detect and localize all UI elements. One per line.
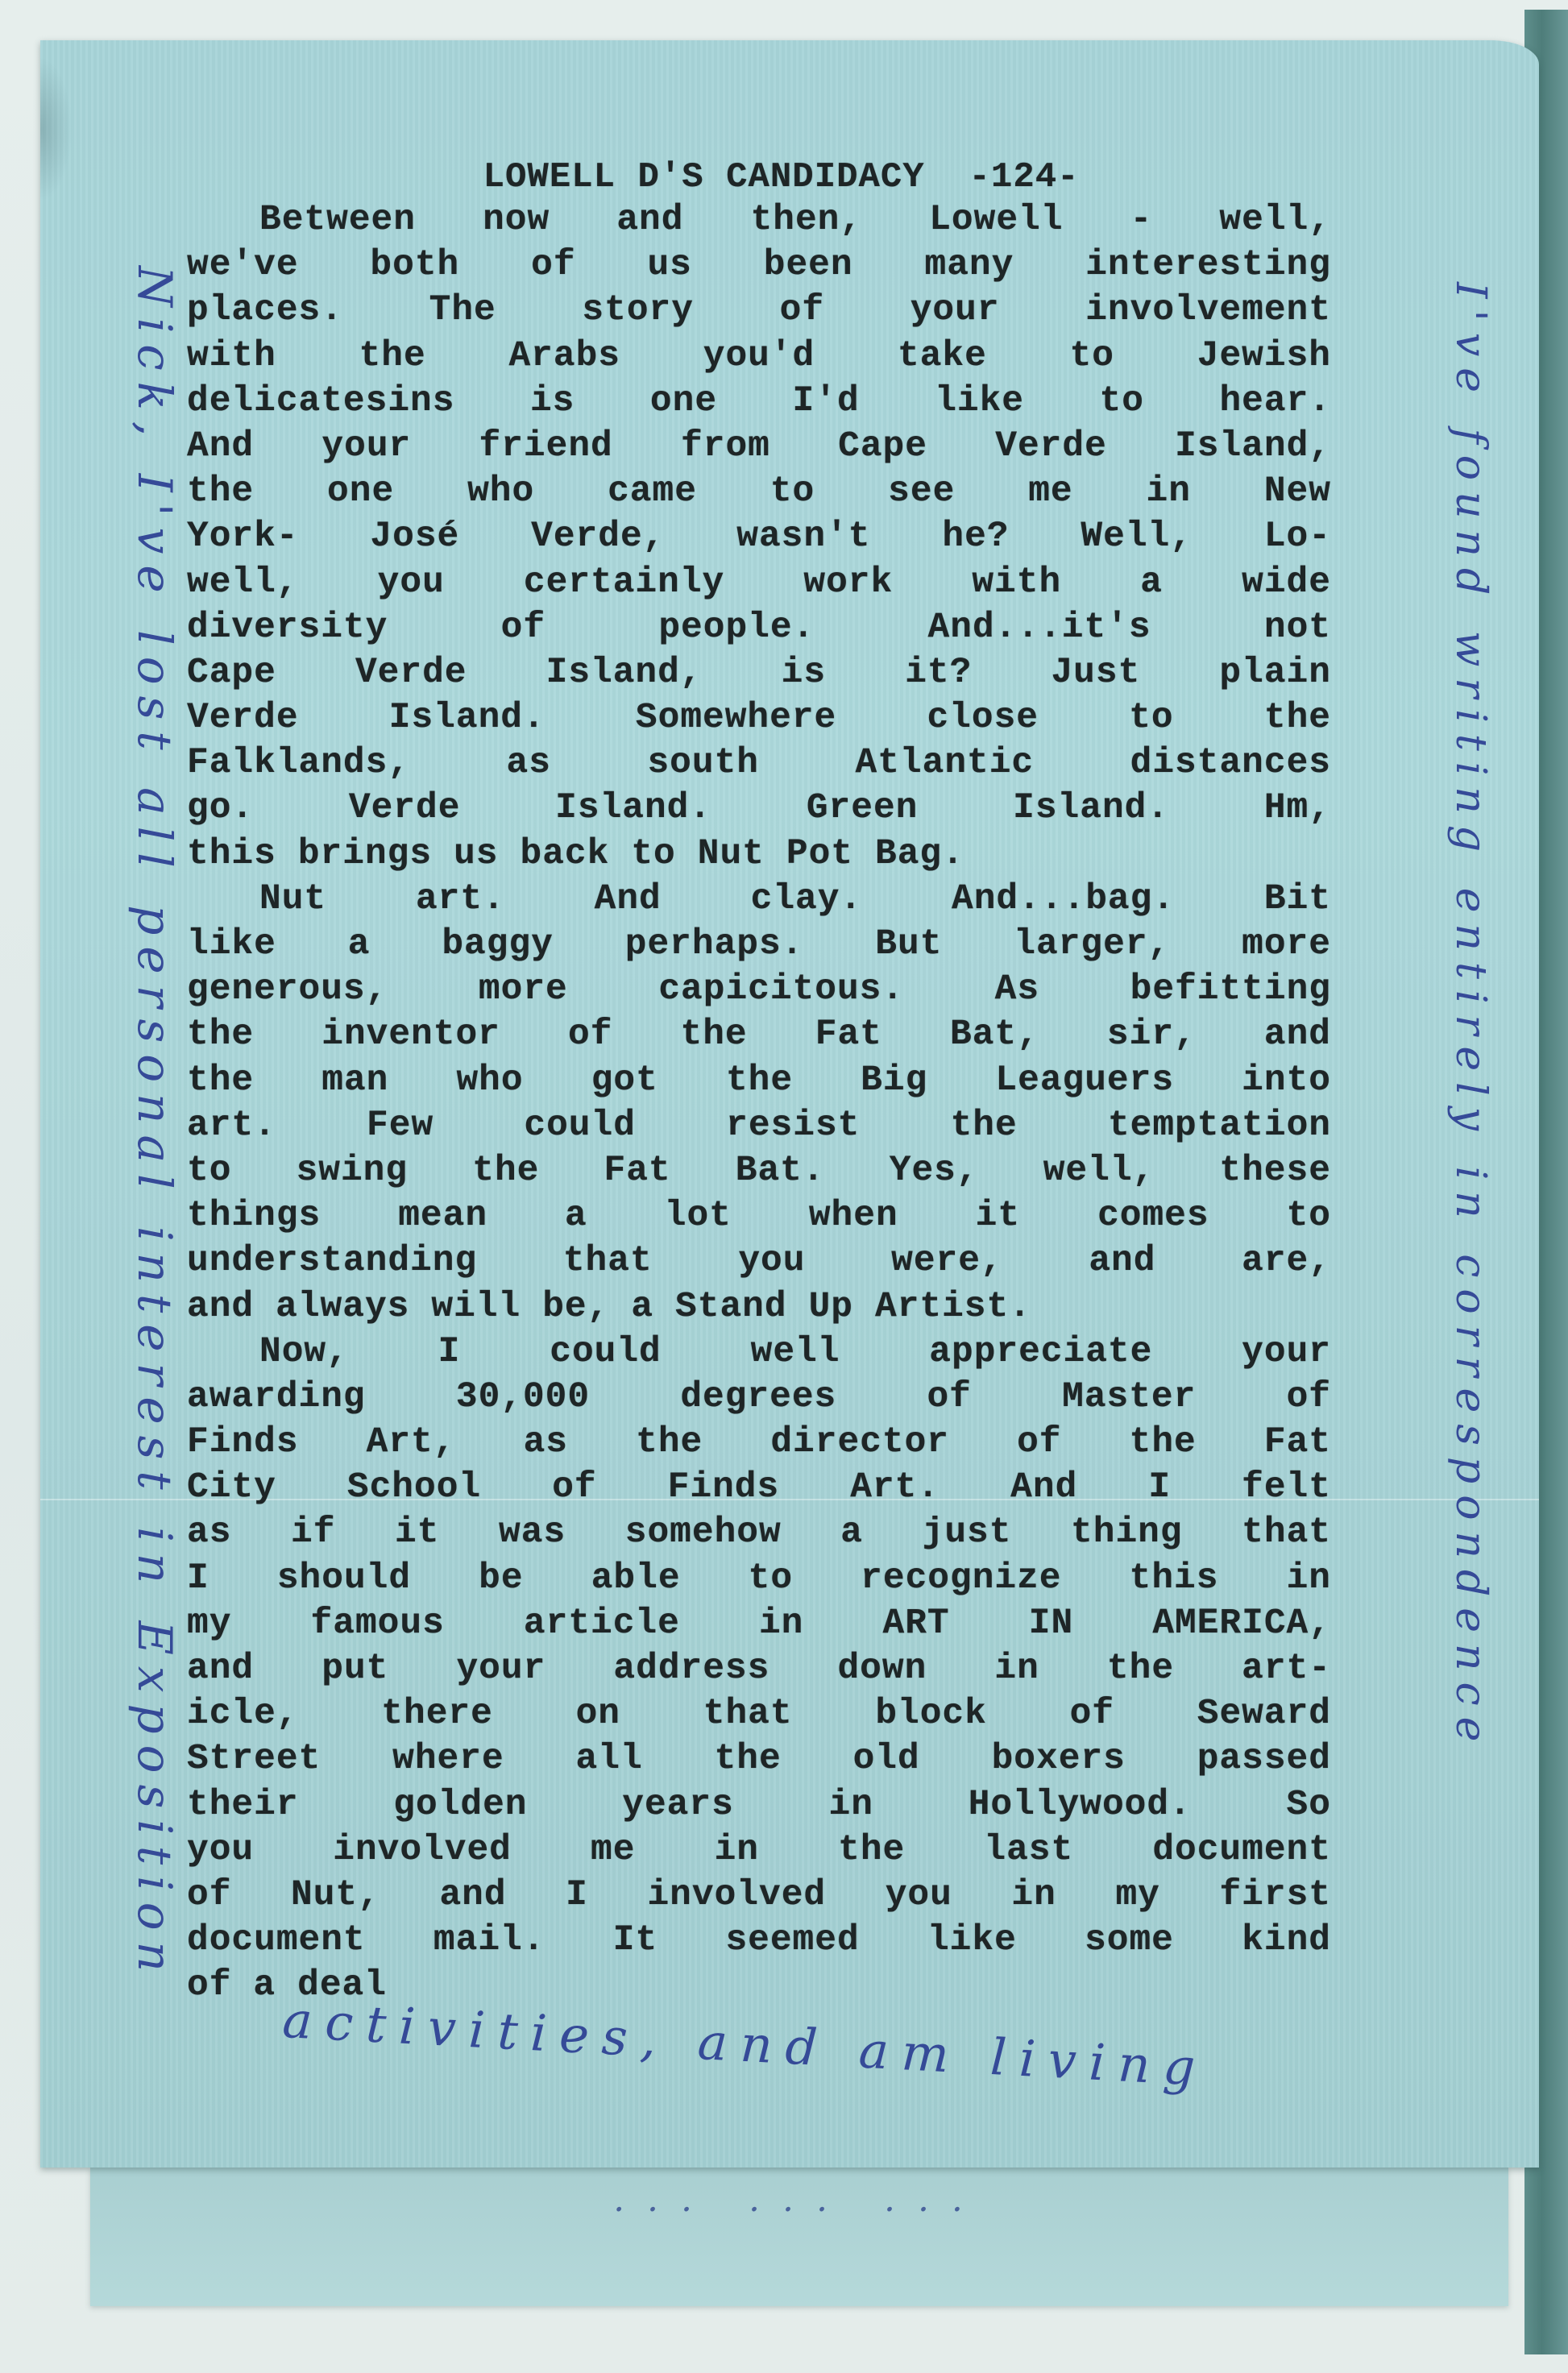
word: involved bbox=[647, 1873, 826, 1918]
word: when bbox=[809, 1193, 898, 1238]
word: man bbox=[321, 1058, 388, 1103]
word: of bbox=[927, 1375, 971, 1420]
word: felt bbox=[1242, 1465, 1331, 1510]
text-line: CapeVerdeIsland,isit?Justplain bbox=[187, 650, 1331, 695]
word: a bbox=[840, 1510, 863, 1555]
word: Lowell bbox=[929, 197, 1063, 243]
text-line: awarding30,000degreesofMasterof bbox=[187, 1375, 1331, 1420]
word: interesting bbox=[1085, 243, 1331, 288]
typed-body: Betweennowandthen,Lowell-well,we'vebotho… bbox=[187, 197, 1331, 2009]
word: baggy bbox=[442, 922, 554, 967]
word: not bbox=[1264, 605, 1331, 650]
word: thing bbox=[1071, 1510, 1183, 1555]
word: Island, bbox=[546, 650, 703, 695]
word: City bbox=[187, 1465, 276, 1510]
word: Artist. bbox=[875, 1284, 1031, 1330]
word: wide bbox=[1242, 560, 1331, 605]
text-line: go.VerdeIsland.GreenIsland.Hm, bbox=[187, 786, 1331, 831]
word: I bbox=[1148, 1465, 1171, 1510]
word: of bbox=[780, 288, 824, 333]
word: the bbox=[1107, 1646, 1174, 1691]
word: And...bag. bbox=[952, 877, 1175, 922]
text-line: Streetwherealltheoldboxerspassed bbox=[187, 1736, 1331, 1782]
word: Bag. bbox=[875, 832, 964, 877]
word: will bbox=[431, 1284, 521, 1330]
word: got bbox=[591, 1058, 658, 1103]
word: kind bbox=[1242, 1918, 1331, 1963]
word: a bbox=[348, 922, 371, 967]
word: both bbox=[370, 243, 459, 288]
word: to bbox=[770, 469, 815, 514]
word: it? bbox=[905, 650, 972, 695]
word: Hollywood. bbox=[969, 1782, 1192, 1827]
word: Fat bbox=[604, 1148, 671, 1193]
word: me bbox=[1028, 469, 1072, 514]
word: are, bbox=[1242, 1238, 1331, 1284]
word: a bbox=[253, 1963, 276, 2008]
text-line: we'vebothofusbeenmanyinteresting bbox=[187, 243, 1331, 288]
word: Art. bbox=[850, 1465, 940, 1510]
word: as bbox=[507, 741, 551, 786]
word: you bbox=[738, 1238, 805, 1284]
word: Yes, bbox=[890, 1148, 979, 1193]
word: you bbox=[187, 1827, 254, 1873]
word: seemed bbox=[725, 1918, 859, 1963]
word: and bbox=[616, 197, 683, 243]
word: Between bbox=[259, 197, 416, 243]
word: years bbox=[622, 1782, 734, 1827]
word: brings bbox=[298, 832, 432, 877]
text-line: Betweennowandthen,Lowell-well, bbox=[187, 197, 1331, 243]
word: Somewhere bbox=[636, 695, 836, 741]
word: And bbox=[1010, 1465, 1077, 1510]
word: in bbox=[759, 1601, 803, 1646]
word: of bbox=[568, 1012, 612, 1057]
word: from bbox=[681, 424, 770, 469]
text-line: withtheArabsyou'dtaketoJewish bbox=[187, 334, 1331, 379]
word: back bbox=[520, 832, 609, 877]
word: somehow bbox=[625, 1510, 782, 1555]
word: in bbox=[715, 1827, 759, 1873]
word: to bbox=[749, 1556, 793, 1601]
word: comes bbox=[1097, 1193, 1209, 1238]
word: York- bbox=[187, 514, 299, 559]
text-line: CitySchoolofFindsArt.AndIfelt bbox=[187, 1465, 1331, 1510]
word: document bbox=[1152, 1827, 1331, 1873]
word: Master bbox=[1062, 1375, 1196, 1420]
word: New bbox=[1264, 469, 1331, 514]
word: now bbox=[483, 197, 550, 243]
text-line: youinvolvedmeinthelastdocument bbox=[187, 1827, 1331, 1873]
word: Verde bbox=[349, 786, 461, 831]
word: me bbox=[591, 1827, 635, 1873]
text-line: documentmail.Itseemedlikesomekind bbox=[187, 1918, 1331, 1963]
text-line: thisbringsusbacktoNutPotBag. bbox=[187, 832, 1331, 877]
word: wasn't bbox=[736, 514, 870, 559]
word: understanding bbox=[187, 1238, 477, 1284]
word: people. bbox=[658, 605, 815, 650]
word: you bbox=[886, 1873, 952, 1918]
word: first bbox=[1219, 1873, 1331, 1918]
word: Fat bbox=[1264, 1420, 1331, 1465]
word: Island, bbox=[1175, 424, 1331, 469]
word: of bbox=[501, 605, 545, 650]
word: I bbox=[187, 1556, 209, 1601]
word: the bbox=[1130, 1420, 1197, 1465]
word: came bbox=[608, 469, 697, 514]
word: there bbox=[381, 1691, 493, 1736]
word: Fat bbox=[815, 1012, 882, 1057]
word: ART bbox=[883, 1601, 950, 1646]
word: that bbox=[1242, 1510, 1331, 1555]
document-page: LOWELL D'S CANDIDACY -124- Betweennowand… bbox=[40, 40, 1539, 2168]
word: the bbox=[187, 1058, 254, 1103]
word: if bbox=[291, 1510, 335, 1555]
word: mean bbox=[398, 1193, 487, 1238]
word: famous bbox=[311, 1601, 445, 1646]
word: where bbox=[392, 1736, 504, 1782]
word: just bbox=[923, 1510, 1012, 1555]
word: mail. bbox=[433, 1918, 545, 1963]
word: to bbox=[1100, 379, 1144, 424]
word: Island. bbox=[1013, 786, 1169, 831]
word: diversity bbox=[187, 605, 388, 650]
word: director bbox=[770, 1420, 949, 1465]
text-line: AndyourfriendfromCapeVerdeIsland, bbox=[187, 424, 1331, 469]
word: But bbox=[875, 922, 942, 967]
text-line: likeabaggyperhaps.Butlarger,more bbox=[187, 922, 1331, 967]
word: Cape bbox=[187, 650, 276, 695]
word: down bbox=[837, 1646, 927, 1691]
word: block bbox=[875, 1691, 987, 1736]
word: well, bbox=[187, 560, 299, 605]
word: I'd bbox=[793, 379, 860, 424]
word: Verde bbox=[187, 695, 299, 741]
text-line: Now,Icouldwellappreciateyour bbox=[187, 1330, 1331, 1375]
word: he? bbox=[942, 514, 1009, 559]
word: art. bbox=[187, 1103, 276, 1148]
word: it bbox=[976, 1193, 1020, 1238]
word: of bbox=[552, 1465, 596, 1510]
word: south bbox=[647, 741, 759, 786]
word: delicatesins bbox=[187, 379, 454, 424]
word: Finds bbox=[668, 1465, 780, 1510]
word: of bbox=[1017, 1420, 1061, 1465]
word: Just bbox=[1051, 650, 1140, 695]
word: could bbox=[524, 1103, 636, 1148]
word: these bbox=[1219, 1148, 1331, 1193]
word: to bbox=[1129, 695, 1173, 741]
word: a bbox=[565, 1193, 587, 1238]
word: more bbox=[479, 967, 568, 1012]
underlying-sheet: ... ... ... bbox=[90, 2168, 1508, 2306]
word: Verde bbox=[355, 650, 467, 695]
word: to bbox=[1070, 334, 1114, 379]
word: your bbox=[456, 1646, 545, 1691]
word: Well, bbox=[1081, 514, 1193, 559]
word: Jewish bbox=[1197, 334, 1331, 379]
word: well bbox=[751, 1330, 840, 1375]
word: the bbox=[681, 1012, 748, 1057]
word: Verde, bbox=[531, 514, 665, 559]
word: to bbox=[187, 1148, 231, 1193]
word: on bbox=[576, 1691, 620, 1736]
word: awarding bbox=[187, 1375, 366, 1420]
word: story bbox=[582, 288, 694, 333]
word: to bbox=[631, 832, 675, 877]
word: who bbox=[467, 469, 534, 514]
word: their bbox=[187, 1782, 299, 1827]
word: us bbox=[454, 832, 498, 877]
text-line: Ishouldbeabletorecognizethisin bbox=[187, 1556, 1331, 1601]
text-line: FindsArt,asthedirectoroftheFat bbox=[187, 1420, 1331, 1465]
word: Bat, bbox=[950, 1012, 1039, 1057]
word: Atlantic bbox=[856, 741, 1035, 786]
word: It bbox=[613, 1918, 657, 1963]
word: like bbox=[935, 379, 1024, 424]
word: well, bbox=[1043, 1148, 1155, 1193]
word: IN bbox=[1029, 1601, 1073, 1646]
word: and bbox=[439, 1873, 506, 1918]
word: the bbox=[472, 1148, 539, 1193]
word: a bbox=[631, 1284, 653, 1330]
word: Lo- bbox=[1264, 514, 1331, 559]
text-line: myfamousarticleinARTINAMERICA, bbox=[187, 1601, 1331, 1646]
text-line: delicatesinsisoneI'dliketohear. bbox=[187, 379, 1331, 424]
word: be bbox=[479, 1556, 523, 1601]
word: you bbox=[378, 560, 445, 605]
word: a bbox=[1140, 560, 1163, 605]
word: As bbox=[995, 967, 1039, 1012]
word: resist bbox=[726, 1103, 860, 1148]
word: my bbox=[187, 1601, 231, 1646]
word: some bbox=[1085, 1918, 1174, 1963]
word: like bbox=[187, 922, 276, 967]
word: boxers bbox=[992, 1736, 1126, 1782]
text-line: icle,thereonthatblockofSeward bbox=[187, 1691, 1331, 1736]
word: Finds bbox=[187, 1420, 299, 1465]
word: places. bbox=[187, 288, 343, 333]
word: and bbox=[1089, 1238, 1155, 1284]
word: certainly bbox=[524, 560, 724, 605]
word: all bbox=[576, 1736, 643, 1782]
word: larger, bbox=[1014, 922, 1170, 967]
text-line: Falklands,assouthAtlanticdistances bbox=[187, 741, 1331, 786]
word: Nut bbox=[259, 877, 326, 922]
word: the bbox=[951, 1103, 1018, 1148]
word: the bbox=[187, 469, 254, 514]
word: recognize bbox=[861, 1556, 1061, 1601]
word: swing bbox=[297, 1148, 409, 1193]
word: Big bbox=[861, 1058, 927, 1103]
word: AMERICA, bbox=[1152, 1601, 1331, 1646]
word: plain bbox=[1219, 650, 1331, 695]
word: your bbox=[911, 288, 1000, 333]
word: Island. bbox=[555, 786, 711, 831]
word: sir, bbox=[1107, 1012, 1197, 1057]
word: Stand bbox=[675, 1284, 787, 1330]
handwritten-note-left-margin: Nick, I've lost all personal interest in… bbox=[127, 266, 182, 2159]
text-line: well,youcertainlyworkwithawide bbox=[187, 560, 1331, 605]
word: Nut bbox=[698, 832, 765, 877]
word: well, bbox=[1219, 197, 1331, 243]
word: document bbox=[187, 1918, 366, 1963]
word: as bbox=[187, 1510, 231, 1555]
text-line: generous,morecapicitous.Asbefitting bbox=[187, 967, 1331, 1012]
word: go. bbox=[187, 786, 254, 831]
word: is bbox=[530, 379, 575, 424]
word: that bbox=[563, 1238, 653, 1284]
word: this bbox=[187, 832, 276, 877]
word: like bbox=[927, 1918, 1017, 1963]
word: could bbox=[550, 1330, 662, 1375]
word: Art, bbox=[367, 1420, 456, 1465]
word: art- bbox=[1242, 1646, 1331, 1691]
word: to bbox=[1287, 1193, 1331, 1238]
word: is bbox=[782, 650, 826, 695]
word: and bbox=[1264, 1012, 1331, 1057]
word: Verde bbox=[995, 424, 1107, 469]
word: article bbox=[524, 1601, 680, 1646]
word: of bbox=[187, 1873, 231, 1918]
word: always bbox=[276, 1284, 409, 1330]
word: in bbox=[1011, 1873, 1056, 1918]
word: - bbox=[1130, 197, 1153, 243]
word: into bbox=[1242, 1058, 1331, 1103]
text-line: Nutart.Andclay.And...bag.Bit bbox=[187, 877, 1331, 922]
word: Street bbox=[187, 1736, 321, 1782]
word: able bbox=[591, 1556, 681, 1601]
word: many bbox=[924, 243, 1014, 288]
word: was bbox=[499, 1510, 566, 1555]
word: golden bbox=[393, 1782, 527, 1827]
word: appreciate bbox=[929, 1330, 1152, 1375]
word: should bbox=[277, 1556, 411, 1601]
word: I bbox=[438, 1330, 461, 1375]
word: my bbox=[1115, 1873, 1159, 1918]
word: degrees bbox=[680, 1375, 836, 1420]
word: Cape bbox=[838, 424, 927, 469]
word: I bbox=[566, 1873, 588, 1918]
word: lot bbox=[665, 1193, 732, 1238]
word: inventor bbox=[321, 1012, 500, 1057]
text-line: art.Fewcouldresistthetemptation bbox=[187, 1103, 1331, 1148]
word: Pot bbox=[786, 832, 853, 877]
word: Seward bbox=[1197, 1691, 1331, 1736]
word: in bbox=[1147, 469, 1191, 514]
word: art. bbox=[416, 877, 505, 922]
text-line: theirgoldenyearsinHollywood.So bbox=[187, 1782, 1331, 1827]
word: José bbox=[370, 514, 459, 559]
word: things bbox=[187, 1193, 321, 1238]
word: And...it's bbox=[928, 605, 1151, 650]
word: be, bbox=[542, 1284, 609, 1330]
word: the bbox=[1264, 695, 1331, 741]
text-line: andputyouraddressdownintheart- bbox=[187, 1646, 1331, 1691]
word: your bbox=[1242, 1330, 1331, 1375]
word: the bbox=[359, 334, 426, 379]
text-line: understandingthatyouwere,andare, bbox=[187, 1238, 1331, 1284]
word: the bbox=[187, 1012, 254, 1057]
word: in bbox=[1287, 1556, 1331, 1601]
text-line: theinventoroftheFatBat,sir,and bbox=[187, 1012, 1331, 1057]
word: the bbox=[636, 1420, 703, 1465]
word: And bbox=[595, 877, 662, 922]
word: Bat. bbox=[736, 1148, 825, 1193]
word: one bbox=[327, 469, 394, 514]
word: us bbox=[647, 243, 691, 288]
word: The bbox=[429, 288, 496, 333]
word: you'd bbox=[703, 334, 815, 379]
word: were, bbox=[891, 1238, 1003, 1284]
word: this bbox=[1130, 1556, 1219, 1601]
page-number: -124- bbox=[969, 157, 1080, 197]
word: that bbox=[703, 1691, 793, 1736]
word: then, bbox=[751, 197, 863, 243]
word: friend bbox=[479, 424, 613, 469]
word: and bbox=[187, 1284, 254, 1330]
word: the bbox=[715, 1736, 782, 1782]
text-line: themanwhogottheBigLeaguersinto bbox=[187, 1058, 1331, 1103]
text-line: toswingtheFatBat.Yes,well,these bbox=[187, 1148, 1331, 1193]
word: Few bbox=[367, 1103, 433, 1148]
word: So bbox=[1287, 1782, 1331, 1827]
word: Island. bbox=[389, 695, 545, 741]
text-line: places.Thestoryofyourinvolvement bbox=[187, 288, 1331, 333]
word: generous, bbox=[187, 967, 388, 1012]
word: take bbox=[898, 334, 987, 379]
word: of bbox=[1287, 1375, 1331, 1420]
word: temptation bbox=[1108, 1103, 1331, 1148]
word: your bbox=[321, 424, 411, 469]
word: put bbox=[321, 1646, 388, 1691]
word: involvement bbox=[1085, 288, 1331, 333]
word: last bbox=[984, 1827, 1073, 1873]
word: Leaguers bbox=[995, 1058, 1174, 1103]
word: one bbox=[650, 379, 717, 424]
word: and bbox=[187, 1646, 254, 1691]
page-title: LOWELL D'S CANDIDACY bbox=[483, 157, 925, 197]
word: icle, bbox=[187, 1691, 299, 1736]
word: we've bbox=[187, 243, 299, 288]
text-line: andalwayswillbe,aStandUpArtist. bbox=[187, 1284, 1331, 1330]
underlying-handwriting: ... ... ... bbox=[90, 2179, 1508, 2220]
word: School bbox=[347, 1465, 481, 1510]
word: more bbox=[1242, 922, 1331, 967]
word: of bbox=[1070, 1691, 1114, 1736]
word: perhaps. bbox=[625, 922, 804, 967]
text-line: York-JoséVerde,wasn'the?Well,Lo- bbox=[187, 514, 1331, 559]
word: 30,000 bbox=[456, 1375, 590, 1420]
text-line: thingsmeanalotwhenitcomesto bbox=[187, 1193, 1331, 1238]
word: Nut, bbox=[291, 1873, 380, 1918]
word: close bbox=[927, 695, 1039, 741]
word: Now, bbox=[259, 1330, 349, 1375]
text-line: diversityofpeople.And...it'snot bbox=[187, 605, 1331, 650]
word: Bit bbox=[1264, 877, 1331, 922]
word: work bbox=[803, 560, 893, 605]
word: befitting bbox=[1130, 967, 1331, 1012]
word: Arabs bbox=[508, 334, 620, 379]
word: address bbox=[613, 1646, 769, 1691]
word: in bbox=[994, 1646, 1039, 1691]
word: as bbox=[524, 1420, 568, 1465]
word: the bbox=[726, 1058, 793, 1103]
text-line: VerdeIsland.Somewhereclosetothe bbox=[187, 695, 1331, 741]
text-line: ofNut,andIinvolvedyouinmyfirst bbox=[187, 1873, 1331, 1918]
word: in bbox=[829, 1782, 873, 1827]
word: the bbox=[838, 1827, 905, 1873]
